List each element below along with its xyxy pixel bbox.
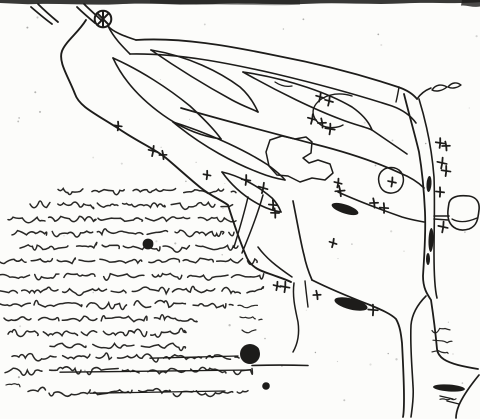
handwriting-line [12,354,56,361]
tributary-strokes [31,4,101,24]
paper-speckle [223,208,224,209]
paper-speckle [17,120,19,122]
tributary-stroke [31,7,52,24]
scribble-line [242,330,256,333]
corner-channel [456,375,479,418]
ink-blot [426,253,430,265]
island-5-jagged-outline [266,136,333,182]
cross-stroke [438,226,448,228]
handwriting-line [58,202,94,209]
handwriting-line [0,259,26,263]
handwriting-line [64,274,95,278]
paper-speckle [351,243,353,245]
corner-stroke [447,401,459,404]
paper-speckle [19,325,21,327]
handwriting-line [79,260,95,262]
handwriting-line [35,274,59,280]
headwater-leaf-outline [432,85,447,91]
cross-mark [368,305,378,316]
lower-island-west-edge [293,201,312,280]
manuscript-map [0,0,480,419]
handwriting-line [12,231,47,236]
handwriting-line [77,242,97,247]
handwriting-line [222,287,240,293]
ink-dot [265,383,270,388]
paper-speckle [448,322,449,323]
paper-speckle [185,181,187,183]
dead-end-stream [305,281,308,307]
paper-speckle [388,353,389,354]
cross-mark [325,123,335,134]
cross-stroke [159,154,166,156]
handwriting-line [101,316,147,322]
cross-mark [329,238,338,248]
paper-speckle [375,165,377,167]
cross-stroke [368,309,378,310]
handwriting-line [63,354,90,358]
ink-blot [426,176,432,192]
paper-speckle [26,27,28,29]
paper-speckle [369,363,371,365]
paper-speckle [283,28,285,30]
handwriting-line [198,217,236,221]
ink-blot [330,200,359,217]
handwriting-line [132,287,169,294]
cross-mark [441,141,450,151]
paper-speckle [204,23,206,25]
handwriting-line [0,303,30,306]
paper-speckle [161,147,162,148]
handwriting-line [8,217,45,223]
cross-mark [441,166,450,177]
paper-speckle [403,251,404,252]
scribble-line [240,317,255,319]
handwriting-line [149,259,180,263]
bank-tick [396,87,399,102]
handwriting-line [0,275,30,279]
handwriting-line [0,291,17,293]
paper-speckle [18,117,19,118]
paper-speckle [395,358,397,360]
handwriting-line [49,390,90,396]
paper-speckle [264,338,266,340]
paper-speckle [160,79,161,80]
marginal-scribbles [6,305,456,399]
right-river-west-bank [404,94,478,369]
cross-stroke [325,128,335,130]
handwriting-line [34,300,82,307]
compass-wheel-icon [95,11,112,28]
handwriting-line [175,230,224,236]
handwriting-line [103,329,146,336]
handwriting-line [188,275,228,280]
handwriting-line [30,201,50,208]
island-3-edge [243,72,372,130]
cross-stroke [325,100,333,102]
paper-speckle [302,18,304,20]
handwriting-line [229,232,234,235]
cross-stroke [388,181,396,183]
island-1-edge [113,58,221,139]
cross-mark [438,221,449,233]
cross-stroke [203,174,210,175]
pond [434,196,479,230]
paper-speckle [338,258,339,259]
handwriting-line [28,387,46,391]
paper-speckle [453,354,454,355]
handwriting-line [102,245,119,248]
headwater-fork [417,88,431,99]
paper-speckle [189,119,190,120]
handwriting-line [196,245,238,250]
cross-stroke [442,145,450,147]
cross-stroke [271,212,279,214]
handwriting-block [0,189,264,397]
paper-speckle [34,91,36,93]
handwriting-line [183,258,213,263]
handwriting-line [50,367,81,374]
handwriting-line [134,301,151,308]
cross-stroke [242,179,251,180]
manuscript-map-canvas [0,0,480,419]
handwriting-line [133,189,176,193]
paper-speckle [196,162,197,163]
paper-speckle [63,235,64,236]
cross-stroke [318,122,326,124]
scribble-line [6,384,20,387]
pond-connector [434,219,448,220]
handwriting-line [20,245,68,250]
paper-speckle [392,139,394,141]
cross-stroke [334,182,342,184]
handwriting-line [217,259,243,263]
handwriting-line [5,368,42,375]
right-river-east-bank [419,99,437,298]
handwriting-line [97,203,118,207]
handwriting-line [92,190,124,195]
scribble-line [259,319,262,320]
handwriting-line [93,344,134,349]
handwriting-line [58,189,83,195]
island-1-edge [113,58,221,139]
island-3-edge [243,72,372,130]
stub-channel [234,197,248,247]
handwriting-line [146,217,190,221]
cross-stroke [436,191,444,192]
handwriting-line [4,317,31,321]
cross-mark [280,282,290,293]
cross-mark [241,175,250,185]
paper-speckle [390,230,392,232]
cross-stroke [316,96,324,98]
handwriting-line [104,274,144,280]
cross-stroke [114,125,122,126]
cross-stroke [329,242,336,244]
paper-speckle [337,361,338,362]
handwriting-line [235,357,239,358]
stem-fork-lower [108,26,130,54]
cross-stroke [436,142,445,143]
handwriting-line [193,304,226,308]
cross-stroke [273,285,280,287]
scribble-line [238,305,257,307]
handwriting-line [155,301,185,308]
paper-speckle [155,240,157,242]
tributary-stroke [38,4,58,22]
paper-speckle [469,108,470,109]
cross-stroke [313,294,320,296]
headwater-leaf-outline [448,83,461,88]
page-edge-artifacts [0,0,480,7]
paper-speckle [121,163,123,165]
cross-mark [388,177,397,187]
cross-mark [436,187,444,196]
cross-mark [203,171,211,180]
handwriting-line [31,259,52,262]
handwriting-line [49,216,96,221]
dead-end-stream [293,283,299,352]
handwriting-line [229,305,233,306]
top-edge-smudge [461,0,480,7]
paper-speckle [224,183,225,184]
cross-stroke [380,207,389,208]
handwriting-line [39,317,59,320]
paper-speckle [364,122,366,124]
lower-channel-east-bank [411,296,426,417]
handwriting-line [81,331,96,336]
island-7-oval-outline [379,168,404,194]
handwriting-line [87,303,127,310]
handwriting-line [171,202,215,209]
cross-stroke [437,162,447,164]
handwriting-line [151,328,186,337]
paper-speckle [380,44,382,46]
paper-speckle [221,254,222,255]
cross-stroke [441,170,450,171]
paper-speckle [36,16,38,18]
stub-channel [242,195,263,253]
handwriting-line [237,391,248,393]
handwriting-line [147,231,167,235]
paper-speckle [84,370,86,372]
paper-speckle [228,324,230,326]
paper-speckle [315,352,316,353]
paper-speckle [425,143,427,145]
handwriting-line [154,315,197,322]
handwriting-line [43,331,77,336]
ink-blot [433,383,465,392]
handwriting-line [163,246,189,253]
cross-stroke [269,204,277,205]
cross-mark [369,198,379,209]
handwriting-line [96,353,111,359]
handwriting-line [152,274,182,280]
pond-outline [448,196,479,230]
paper-speckle [464,231,466,233]
handwriting-line [57,258,75,263]
handwriting-line [8,330,38,337]
paper-speckle [18,376,20,378]
paper-speckle [343,399,345,401]
cross-stroke [148,150,157,152]
handwriting-line [52,231,92,237]
paper-speckle [476,35,478,37]
paper-speckle [39,111,41,113]
handwriting-line [50,343,86,347]
handwriting-line [123,246,160,251]
paper-speckle [93,292,94,293]
channel-to-river [372,130,407,154]
scribble-line [432,351,448,354]
cross-mark [313,290,322,300]
mid-channel-bank [181,108,424,188]
handwriting-line [111,290,126,293]
paper-speckle [174,242,176,244]
handwriting-line [141,343,185,350]
handwriting-line [97,229,143,235]
handwriting-line [232,274,264,279]
handwriting-line [172,286,214,292]
ink-blot [428,228,434,252]
handwriting-line [100,259,142,263]
paper-speckle [92,157,94,159]
handwriting-line [123,203,166,207]
paper-speckle [462,382,464,384]
cross-stroke [370,202,378,204]
handwriting-line [62,316,97,321]
paper-speckle [377,34,379,36]
pond-inner-line [452,218,477,222]
handwriting-line [22,287,58,293]
handwriting-line [231,191,236,192]
ink-dot [248,346,260,358]
cross-stroke [280,286,289,288]
cross-mark [334,178,343,188]
top-edge-smudge [150,0,300,5]
handwriting-line [247,287,263,293]
handwriting-line [63,289,107,296]
paper-speckle [306,310,307,311]
cross-marks [114,92,451,316]
handwriting-line [98,218,143,221]
